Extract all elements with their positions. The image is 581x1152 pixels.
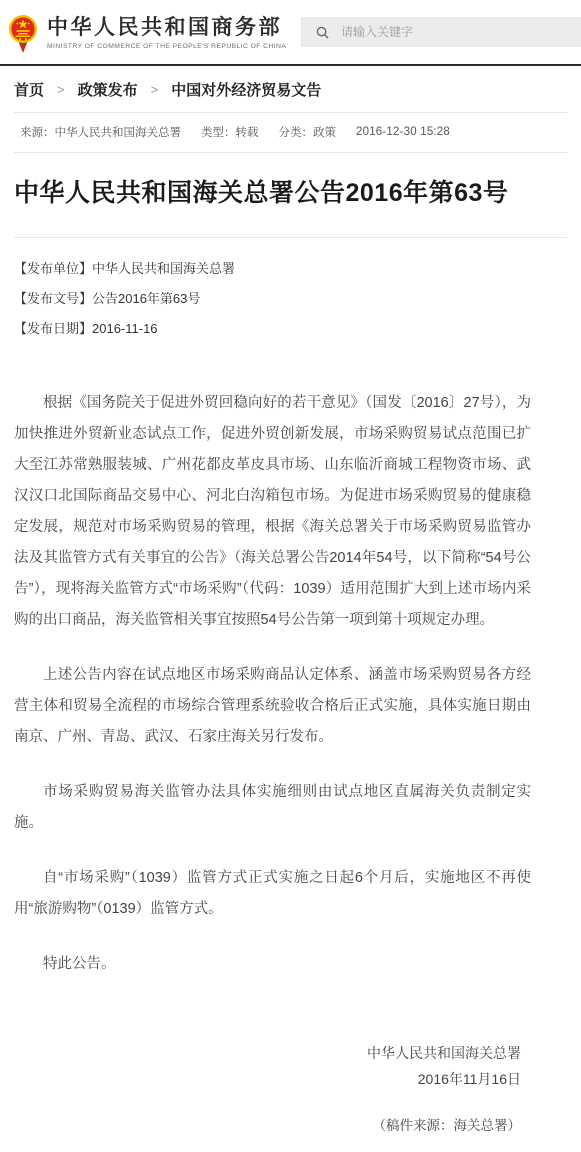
article-title: 中华人民共和国海关总署公告2016年第63号 [14, 153, 567, 238]
signature-org: 中华人民共和国海关总署 [0, 1040, 521, 1066]
info-issuing-unit: 【发布单位】中华人民共和国海关总署 [14, 254, 567, 284]
paragraph: 特此公告。 [14, 949, 531, 980]
paragraph: 市场采购贸易海关监管办法具体实施细则由试点地区直属海关负责制定实施。 [14, 777, 531, 839]
national-emblem-icon [8, 13, 38, 53]
meta-type: 类型：转载 [201, 124, 259, 140]
meta-category: 分类：政策 [279, 124, 337, 140]
meta-datetime: 2016-12-30 15:28 [356, 126, 450, 138]
source-note: （稿件来源：海关总署） [0, 1114, 521, 1134]
site-logo[interactable]: 中华人民共和国商务部 MINISTRY OF COMMERCE OF THE P… [8, 13, 286, 53]
info-issue-date: 【发布日期】2016-11-16 [14, 314, 567, 344]
breadcrumb-home[interactable]: 首页 [14, 79, 44, 100]
signature-date: 2016年11月16日 [0, 1066, 521, 1092]
site-subtitle-en: MINISTRY OF COMMERCE OF THE PEOPLE'S REP… [47, 43, 286, 50]
search-icon [316, 26, 329, 39]
site-title: 中华人民共和国商务部 [47, 16, 286, 40]
signature-block: 中华人民共和国海关总署 2016年11月16日 [0, 1040, 521, 1092]
article-info-block: 【发布单位】中华人民共和国海关总署 【发布文号】公告2016年第63号 【发布日… [14, 254, 567, 344]
search-bar[interactable] [301, 17, 581, 47]
site-header: 中华人民共和国商务部 MINISTRY OF COMMERCE OF THE P… [0, 0, 581, 66]
breadcrumb-separator-icon: > [151, 82, 159, 97]
breadcrumb-current-page[interactable]: 中国对外经济贸易文告 [171, 79, 321, 100]
article-body: 根据《国务院关于促进外贸回稳向好的若干意见》（国发〔2016〕27号），为加快推… [14, 388, 531, 980]
paragraph: 根据《国务院关于促进外贸回稳向好的若干意见》（国发〔2016〕27号），为加快推… [14, 388, 531, 636]
breadcrumb-policy-release[interactable]: 政策发布 [78, 79, 138, 100]
paragraph: 自“市场采购”（1039）监管方式正式实施之日起6个月后，实施地区不再使用“旅游… [14, 863, 531, 925]
paragraph: 上述公告内容在试点地区市场采购商品认定体系、涵盖市场采购贸易各方经营主体和贸易全… [14, 660, 531, 753]
breadcrumb-separator-icon: > [57, 82, 65, 97]
meta-source: 来源：中华人民共和国海关总署 [20, 124, 181, 140]
search-input[interactable] [339, 24, 559, 40]
breadcrumb: 首页 > 政策发布 > 中国对外经济贸易文告 [14, 66, 567, 113]
article-meta: 来源：中华人民共和国海关总署 类型：转载 分类：政策 2016-12-30 15… [14, 113, 567, 153]
info-document-number: 【发布文号】公告2016年第63号 [14, 284, 567, 314]
